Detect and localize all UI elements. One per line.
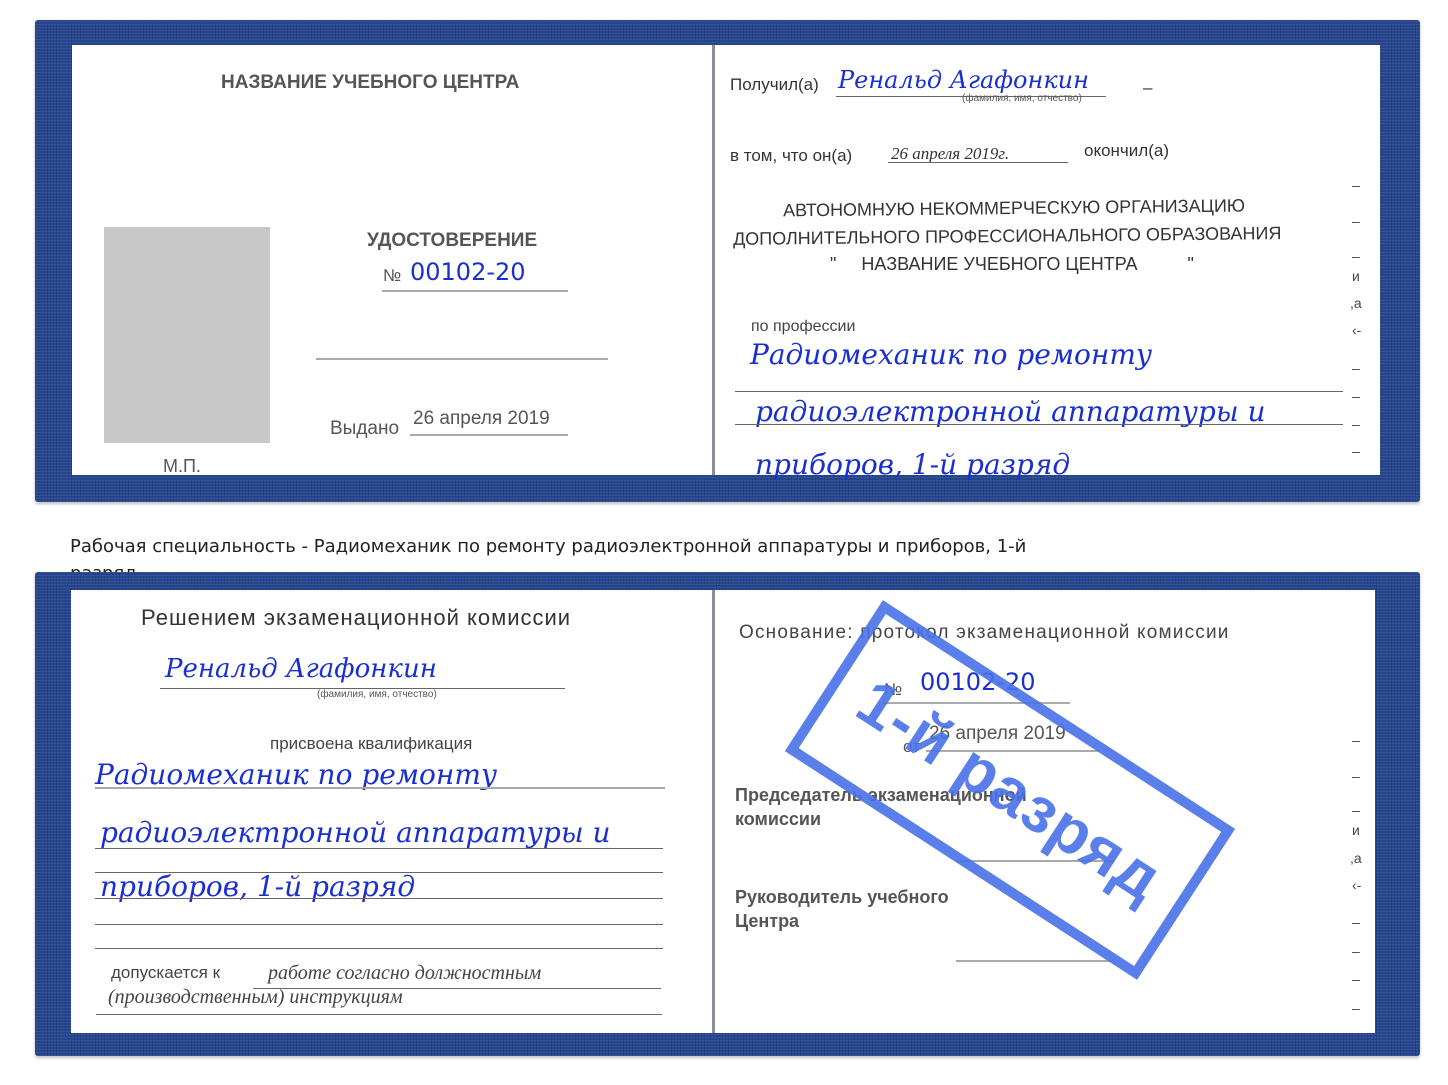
- edge-mark: –: [1352, 943, 1360, 959]
- that-label: в том, что он(а): [730, 146, 852, 166]
- edge-mark: –: [1352, 213, 1360, 229]
- edge-mark: и: [1352, 822, 1360, 838]
- profession-label: по профессии: [751, 318, 855, 336]
- head-signature-line: [956, 960, 1114, 962]
- issued-underline: [410, 434, 568, 436]
- profession-underline-2: [735, 424, 1343, 425]
- completion-date: 26 апреля 2019г.: [891, 144, 1009, 164]
- edge-mark: –: [1352, 388, 1360, 404]
- edge-mark: –: [1352, 732, 1360, 748]
- edge-mark: –: [1352, 971, 1360, 987]
- edge-mark: и: [1352, 268, 1360, 284]
- person-name: Ренальд Агафонкин: [165, 654, 437, 684]
- qualification-underline-6: [95, 948, 663, 949]
- edge-mark: ,а: [1350, 850, 1362, 866]
- admitted-line-1: работе согласно должностным: [268, 962, 541, 985]
- qualification-line-2: радиоэлектронной аппаратуры и: [100, 816, 611, 849]
- qualification-underline-4: [95, 898, 663, 899]
- qualification-underline-1: [95, 787, 665, 789]
- edge-mark: –: [1352, 914, 1360, 930]
- edge-mark: ‹-: [1352, 322, 1361, 338]
- edge-mark: ‹-: [1352, 877, 1361, 893]
- profession-underline-1: [735, 391, 1343, 392]
- profession-line-1: Радиомеханик по ремонту: [750, 338, 1152, 371]
- edge-mark: –: [1352, 768, 1360, 784]
- admitted-label: допускается к: [111, 963, 220, 983]
- finished-label: окончил(а): [1084, 141, 1169, 161]
- head-label-2: Центра: [735, 911, 799, 932]
- edge-mark: –: [1352, 416, 1360, 432]
- center-name: НАЗВАНИЕ УЧЕБНОГО ЦЕНТРА: [221, 72, 519, 94]
- edge-mark: –: [1352, 248, 1360, 264]
- org-line-3: " НАЗВАНИЕ УЧЕБНОГО ЦЕНТРА ": [830, 254, 1194, 275]
- edge-mark: –: [1352, 1000, 1360, 1016]
- issued-label: Выдано: [330, 418, 399, 440]
- signature-line: [316, 358, 608, 360]
- edge-mark: –: [1352, 802, 1360, 818]
- admitted-underline-2: [96, 1014, 662, 1015]
- doc-title: УДОСТОВЕРЕНИЕ: [367, 230, 537, 252]
- basis-title: Основание: протокол экзаменационной коми…: [739, 622, 1230, 644]
- fio-hint: (фамилия, имя, отчество): [317, 689, 437, 700]
- qualification-underline-2: [95, 848, 663, 849]
- edge-mark: –: [1352, 443, 1360, 459]
- admitted-line-2: (производственным) инструкциям: [108, 986, 403, 1009]
- edge-mark: –: [1352, 177, 1360, 193]
- photo-placeholder: [104, 227, 270, 443]
- edge-mark: –: [1352, 360, 1360, 376]
- qualification-label: присвоена квалификация: [270, 734, 472, 754]
- edge-mark: ,а: [1350, 295, 1362, 311]
- decision-title: Решением экзаменационной комиссии: [141, 605, 571, 631]
- chairman-label-2: комиссии: [735, 809, 821, 830]
- certificate-number: 00102-20: [410, 258, 526, 286]
- issued-date: 26 апреля 2019: [413, 408, 550, 430]
- fio-hint: (фамилия, имя, отчество): [962, 93, 1082, 104]
- profession-line-3: приборов, 1-й разряд: [755, 448, 1070, 481]
- dash: –: [1143, 78, 1152, 98]
- number-label: №: [383, 266, 401, 286]
- head-label-1: Руководитель учебного: [735, 887, 949, 908]
- received-name: Ренальд Агафонкин: [838, 66, 1089, 94]
- stamp-place-label: М.П.: [163, 456, 201, 477]
- qualification-underline-5: [95, 924, 663, 925]
- received-label: Получил(а): [730, 75, 819, 95]
- number-underline: [382, 290, 568, 292]
- completion-underline: [888, 162, 1068, 163]
